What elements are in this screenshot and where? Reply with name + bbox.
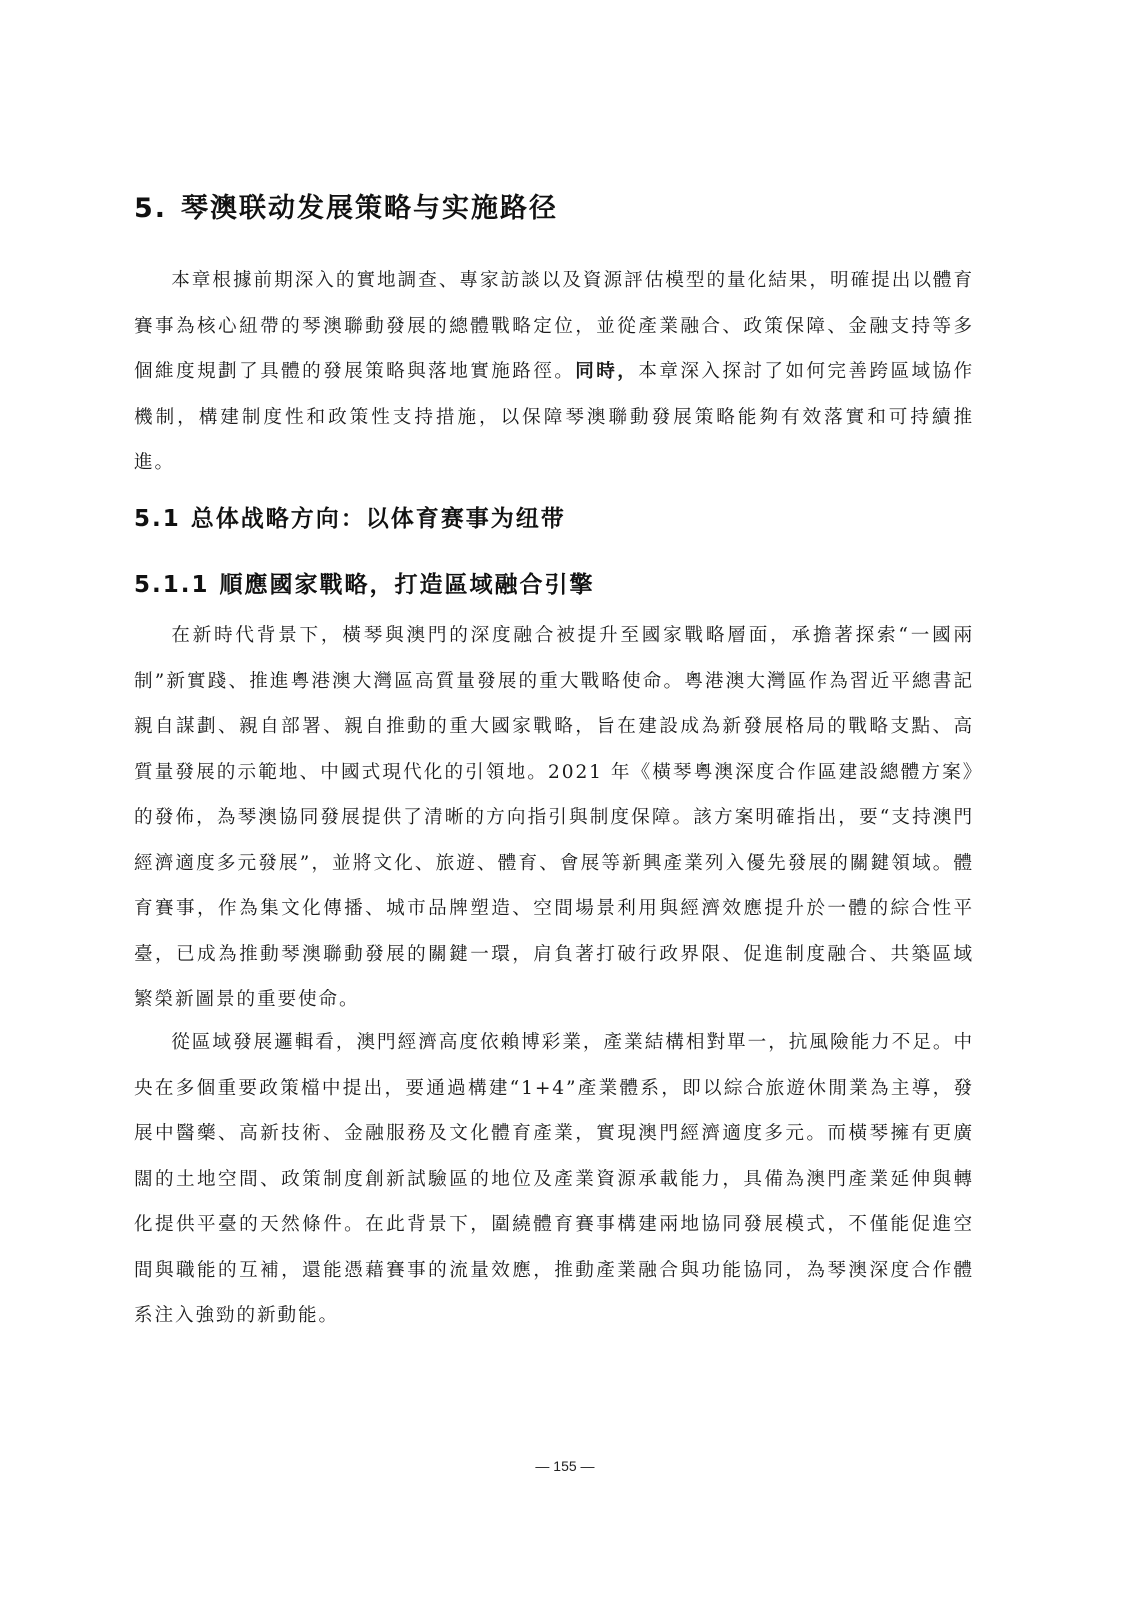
body-paragraph: 在新時代背景下，橫琴與澳門的深度融合被提升至國家戰略層面，承擔著探索“一國兩制”… <box>134 613 974 1023</box>
page-number: — 155 — <box>0 1458 1130 1474</box>
section-title: 总体战略方向：以体育赛事为纽带 <box>191 506 566 532</box>
intro-bold-text: 同時， <box>575 361 638 382</box>
chapter-number: 5. <box>134 193 167 224</box>
subsection-number: 5.1.1 <box>134 572 210 598</box>
section-number: 5.1 <box>134 506 181 532</box>
document-page: 5.琴澳联动发展策略与实施路径 本章根據前期深入的實地調查、專家訪談以及資源評估… <box>0 0 1130 1600</box>
chapter-title: 琴澳联动发展策略与实施路径 <box>181 193 558 224</box>
section-heading: 5.1总体战略方向：以体育赛事为纽带 <box>134 500 566 533</box>
chapter-heading: 5.琴澳联动发展策略与实施路径 <box>134 186 558 225</box>
body-paragraph: 從區域發展邏輯看，澳門經濟高度依賴博彩業，產業結構相對單一，抗風險能力不足。中央… <box>134 1020 974 1339</box>
intro-paragraph: 本章根據前期深入的實地調查、專家訪談以及資源評估模型的量化結果，明確提出以體育賽… <box>134 258 974 486</box>
subsection-heading: 5.1.1順應國家戰略，打造區域融合引擎 <box>134 566 595 599</box>
subsection-title: 順應國家戰略，打造區域融合引擎 <box>220 572 595 598</box>
